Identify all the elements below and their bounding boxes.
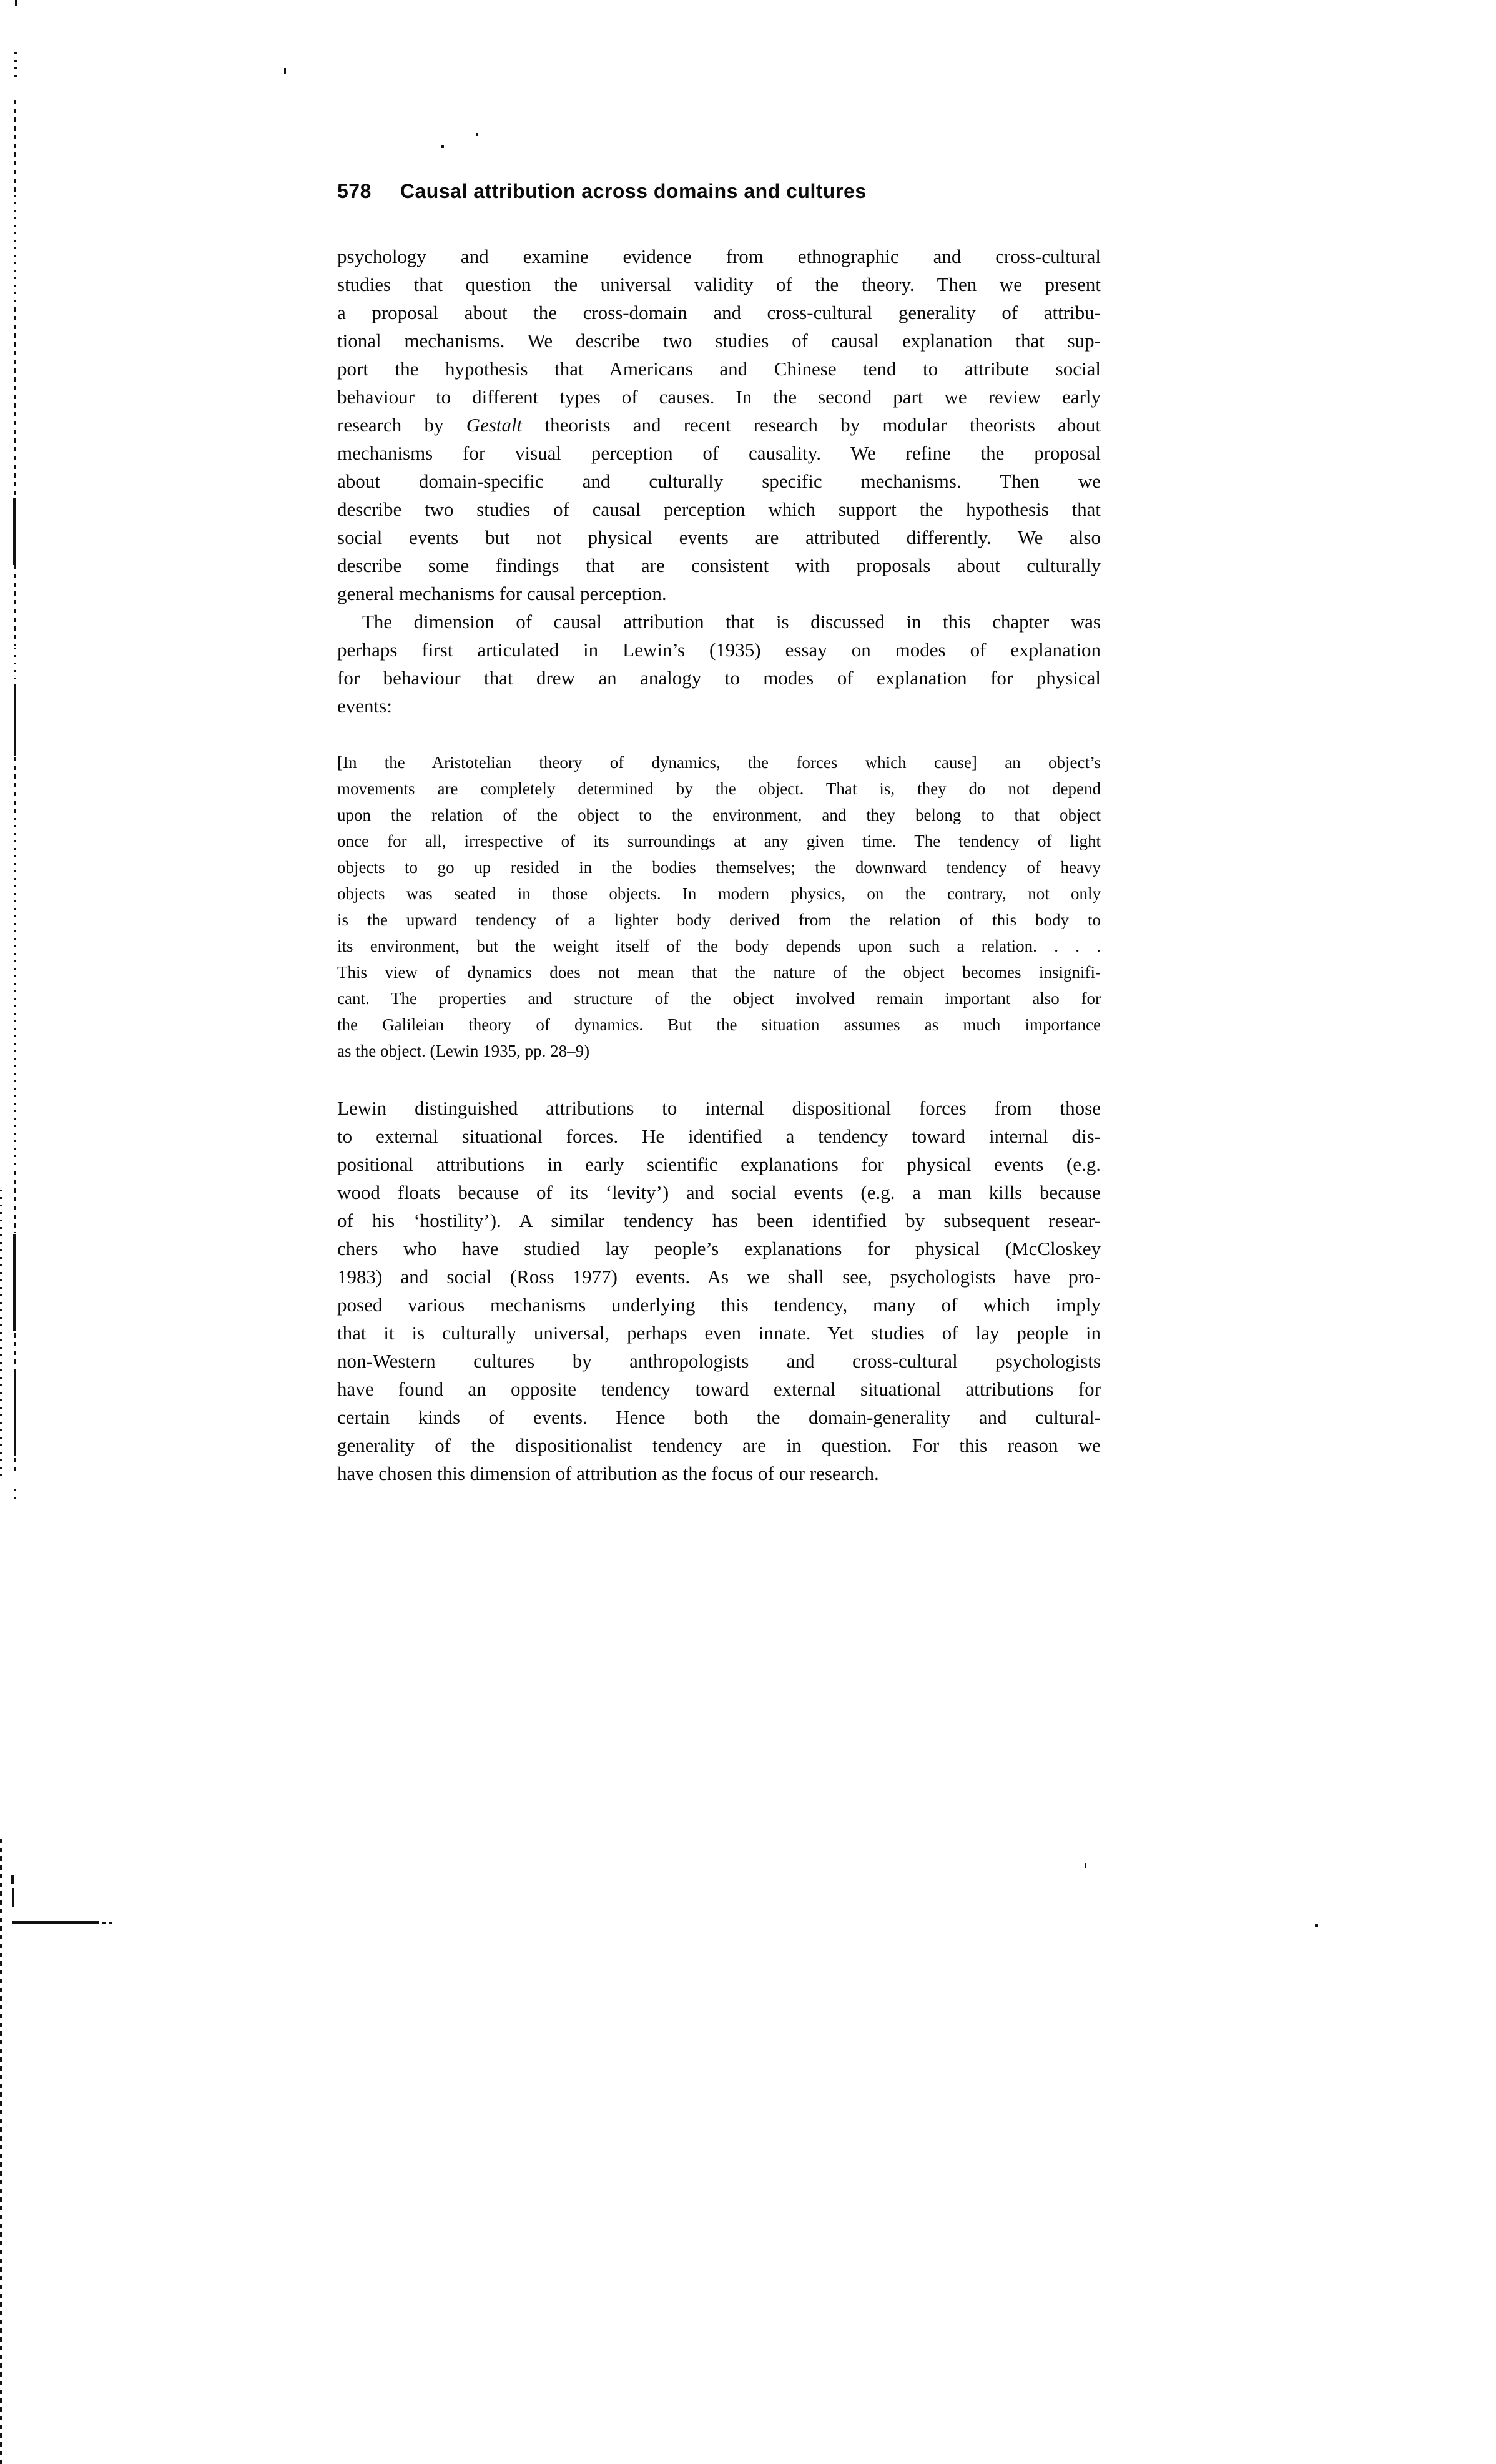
book-page: 578Causal attribution across domains and…	[0, 0, 1496, 2464]
scan-artifact	[1085, 1863, 1086, 1868]
text-line: is the upward tendency of a lighter body…	[337, 907, 1101, 933]
text-line: posed various mechanisms underlying this…	[337, 1291, 1101, 1319]
text-line: social events but not physical events ar…	[337, 523, 1101, 551]
text-line: wood floats because of its ‘levity’) and…	[337, 1178, 1101, 1206]
text-line: studies that question the universal vali…	[337, 270, 1101, 298]
text-line: movements are completely determined by t…	[337, 776, 1101, 802]
text-line: port the hypothesis that Americans and C…	[337, 355, 1101, 383]
text-line: that it is culturally universal, perhaps…	[337, 1319, 1101, 1347]
scan-artifact	[14, 1171, 16, 1233]
scan-artifact	[0, 1190, 2, 1477]
text-line: The dimension of causal attribution that…	[337, 608, 1101, 636]
scan-artifact	[14, 1333, 16, 1368]
text-line: perhaps first articulated in Lewin’s (19…	[337, 636, 1101, 664]
page-number: 578	[337, 180, 372, 202]
text-line: behaviour to different types of causes. …	[337, 383, 1101, 411]
scan-artifact	[14, 565, 16, 646]
text-line: research by Gestalt theorists and recent…	[337, 411, 1101, 439]
scan-artifact	[1315, 1924, 1318, 1927]
text-line: about domain-specific and culturally spe…	[337, 467, 1101, 495]
scan-artifact	[11, 1875, 14, 1884]
text-line: to external situational forces. He ident…	[337, 1122, 1101, 1150]
scan-artifact	[13, 498, 16, 565]
paragraph-lewin-discussion: Lewin distinguished attributions to inte…	[337, 1094, 1101, 1487]
scan-artifact	[14, 1489, 16, 1501]
text-line: cant. The properties and structure of th…	[337, 985, 1101, 1012]
scan-artifact	[13, 1234, 16, 1331]
scan-artifact	[14, 818, 16, 1168]
block-quote-lewin: [In the Aristotelian theory of dynamics,…	[337, 749, 1101, 1064]
text-line: chers who have studied lay people’s expl…	[337, 1234, 1101, 1263]
scan-artifact	[102, 1922, 106, 1924]
paragraph-dimension-intro: The dimension of causal attribution that…	[337, 608, 1101, 720]
paragraph-chapter-overview: psychology and examine evidence from eth…	[337, 242, 1101, 608]
text-line: objects to go up resided in the bodies t…	[337, 854, 1101, 880]
text-line: certain kinds of events. Hence both the …	[337, 1403, 1101, 1431]
text-line: have chosen this dimension of attributio…	[337, 1459, 1101, 1487]
scan-artifact	[14, 52, 17, 81]
text-line: Lewin distinguished attributions to inte…	[337, 1094, 1101, 1122]
text-line: once for all, irrespective of its surrou…	[337, 828, 1101, 854]
text-line: [In the Aristotelian theory of dynamics,…	[337, 749, 1101, 776]
text-line: upon the relation of the object to the e…	[337, 802, 1101, 828]
text-line: mechanisms for visual perception of caus…	[337, 439, 1101, 467]
scan-artifact	[14, 1458, 16, 1472]
scan-artifact	[476, 133, 478, 136]
text-line: of his ‘hostility’). A similar tendency …	[337, 1206, 1101, 1234]
scan-artifact	[14, 100, 16, 194]
running-head-title: Causal attribution across domains and cu…	[400, 180, 867, 202]
scan-artifact	[14, 195, 16, 306]
text-line: positional attributions in early scienti…	[337, 1150, 1101, 1178]
text-segment: theorists and recent research by modular…	[522, 414, 1101, 436]
text-line: non-Western cultures by anthropologists …	[337, 1347, 1101, 1375]
scan-artifact	[12, 1888, 14, 1907]
scan-artifact	[109, 1922, 112, 1924]
scan-artifact	[12, 1921, 99, 1924]
text-line: as the object. (Lewin 1935, pp. 28–9)	[337, 1038, 1101, 1064]
text-line: generality of the dispositionalist tende…	[337, 1431, 1101, 1459]
scan-artifact	[14, 648, 16, 684]
text-segment: research by	[337, 414, 466, 436]
text-line: This view of dynamics does not mean that…	[337, 959, 1101, 985]
text-line: describe two studies of causal perceptio…	[337, 495, 1101, 523]
text-line: a proposal about the cross-domain and cr…	[337, 298, 1101, 327]
text-line: have found an opposite tendency toward e…	[337, 1375, 1101, 1403]
scan-artifact	[14, 684, 16, 756]
text-line: describe some findings that are consiste…	[337, 551, 1101, 579]
text-line: the Galileian theory of dynamics. But th…	[337, 1012, 1101, 1038]
italic-text: Gestalt	[466, 414, 523, 436]
text-line: for behaviour that drew an analogy to mo…	[337, 664, 1101, 692]
text-line: 1983) and social (Ross 1977) events. As …	[337, 1263, 1101, 1291]
scan-artifact	[14, 1369, 16, 1456]
scan-artifact	[0, 1839, 2, 2464]
text-line: tional mechanisms. We describe two studi…	[337, 327, 1101, 355]
text-line: objects was seated in those objects. In …	[337, 880, 1101, 907]
scan-artifact	[14, 307, 16, 496]
scan-artifact	[284, 68, 286, 74]
text-line: psychology and examine evidence from eth…	[337, 242, 1101, 270]
text-line: its environment, but the weight itself o…	[337, 933, 1101, 959]
scan-artifact	[14, 757, 16, 813]
scan-artifact	[441, 145, 444, 148]
text-line: general mechanisms for causal perception…	[337, 579, 1101, 608]
running-head: 578Causal attribution across domains and…	[337, 180, 867, 203]
scan-artifact	[15, 0, 17, 6]
text-line: events:	[337, 692, 1101, 720]
